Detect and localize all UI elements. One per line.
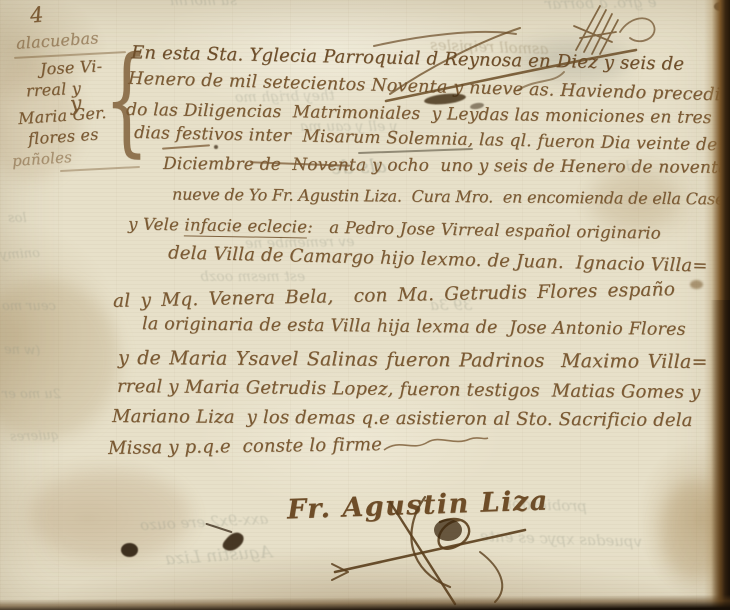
margin-note-line: pañoles — [12, 150, 73, 169]
paper-edge-bottom — [0, 594, 730, 610]
ink-smudge — [690, 280, 703, 289]
bleed-through-text: quieres — [10, 429, 60, 444]
bleed-through-text: su morim — [170, 0, 237, 8]
manuscript-page: e gro. a borrar su morim asmoll reipisle… — [0, 0, 730, 610]
bleed-through-text: (w ne — [4, 343, 41, 357]
bleed-through-text: 2u mo er — [2, 388, 61, 401]
ink-blot — [121, 543, 138, 557]
body-line: Missa y p.q.e conste lo firme — [108, 436, 382, 458]
firme-flourish — [382, 432, 492, 458]
body-line: Diciembre de Noventa y ocho uno y seis d… — [163, 156, 730, 177]
body-line: Mariano Liza y los demas q.e asistieron … — [112, 408, 693, 430]
top-doodle-flourish — [368, 0, 688, 113]
margin-dash-dot — [214, 145, 218, 149]
body-line: nueve de Yo Fr. Agustin Liza. Cura Mro. … — [172, 187, 724, 208]
paper-edge-right-shadow — [710, 300, 730, 610]
margin-note-line: Maria Ger. — [18, 105, 107, 127]
margin-note-line: Jose Vi- — [40, 58, 103, 77]
bleed-through-text: ceur mo — [2, 300, 56, 313]
margin-dash-stroke — [162, 144, 210, 149]
margin-note-line: alacuebas — [16, 30, 100, 52]
page-number: 4 — [29, 4, 45, 26]
margin-note-line: flores es — [28, 127, 100, 148]
bleed-through-text: los — [8, 212, 27, 225]
signature-rubric-flourish — [330, 492, 540, 610]
bleed-through-text: axx-9x2 ere ouzo — [140, 512, 269, 534]
body-line: y Vele infacie eclecie: a Pedro Jose Vir… — [128, 216, 661, 242]
body-line: rreal y Maria Getrudis Lopez, fueron tes… — [117, 378, 701, 402]
bleed-through-text: onimy — [0, 247, 40, 262]
underlined-phrase: infacie eclecie — [184, 215, 307, 238]
body-line: la originaria de esta Villa hija lexma d… — [142, 316, 686, 339]
ink-underline-stroke — [358, 148, 473, 154]
bleed-through-text: est mesm oozb — [200, 270, 305, 284]
body-line: al y Mq. Venera Bela, con Ma. Getrudis F… — [113, 281, 675, 311]
body-line-segment: y Vele — [128, 214, 185, 234]
body-line: y de Maria Ysavel Salinas fueron Padrino… — [118, 349, 708, 372]
bleed-through-text: Agustin Liza — [165, 544, 273, 568]
